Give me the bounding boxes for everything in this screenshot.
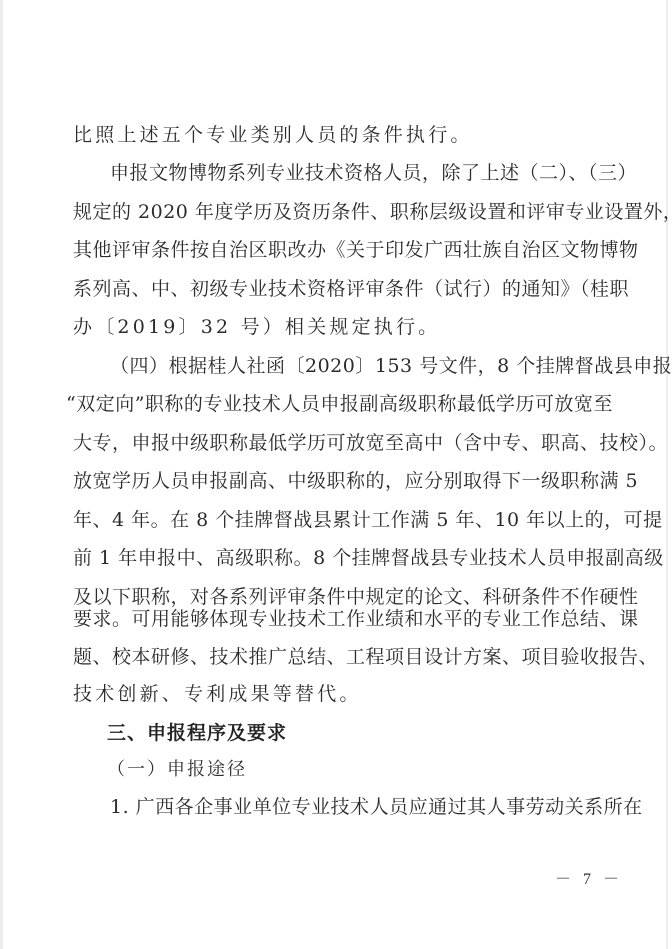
paragraph-line: 规定的 2020 年度学历及资历条件、职称层级设置和评审专业设置外， — [73, 199, 605, 225]
page-number: － 7 － — [555, 866, 623, 889]
paragraph-line: 放宽学历人员申报副高、中级职称的，应分别取得下一级职称满 5 — [73, 468, 605, 494]
section-heading: 三、申报程序及要求 — [107, 719, 287, 747]
paragraph-line: 系列高、中、初级专业技术资格评审条件（试行）的通知》（桂职 — [73, 276, 605, 302]
paragraph-line: 其他评审条件按自治区职改办《关于印发广西壮族自治区文物博物 — [73, 237, 605, 263]
paragraph-line: 比照上述五个专业类别人员的条件执行。 — [73, 122, 605, 148]
paragraph-line: 前 1 年申报中、高级职称。8 个挂牌督战县专业技术人员申报副高级 — [73, 545, 605, 571]
paragraph-line: 大专，申报中级职称最低学历可放宽至高中（含中专、职高、技校）。 — [73, 430, 605, 456]
subsection-heading: （一）申报途径 — [107, 757, 247, 783]
document-page: 比照上述五个专业类别人员的条件执行。 申报文物博物系列专业技术资格人员，除了上述… — [0, 0, 672, 949]
paragraph-line: 要求。可用能够体现专业技术工作业绩和水平的专业工作总结、课 — [73, 606, 605, 632]
paragraph-line: 年、4 年。在 8 个挂牌督战县累计工作满 5 年、10 年以上的，可提 — [73, 507, 605, 533]
paragraph-line: （四）根据桂人社函〔2020〕153 号文件，8 个挂牌督战县申报 — [110, 353, 605, 379]
page-left-edge — [0, 0, 3, 949]
paragraph-line: 办〔2019〕32 号）相关规定执行。 — [73, 314, 605, 340]
paragraph-line: 题、校本研修、技术推广总结、工程项目设计方案、项目验收报告、 — [73, 644, 605, 670]
paragraph-line: 申报文物博物系列专业技术资格人员，除了上述（二）、（三） — [110, 160, 605, 186]
paragraph-line: 技术创新、专利成果等替代。 — [73, 681, 605, 707]
page-right-edge — [666, 0, 668, 949]
paragraph-line: “双定向”职称的专业技术人员申报副高级职称最低学历可放宽至 — [66, 391, 605, 417]
list-item-line: 1. 广西各企事业单位专业技术人员应通过其人事劳动关系所在 — [110, 794, 605, 820]
